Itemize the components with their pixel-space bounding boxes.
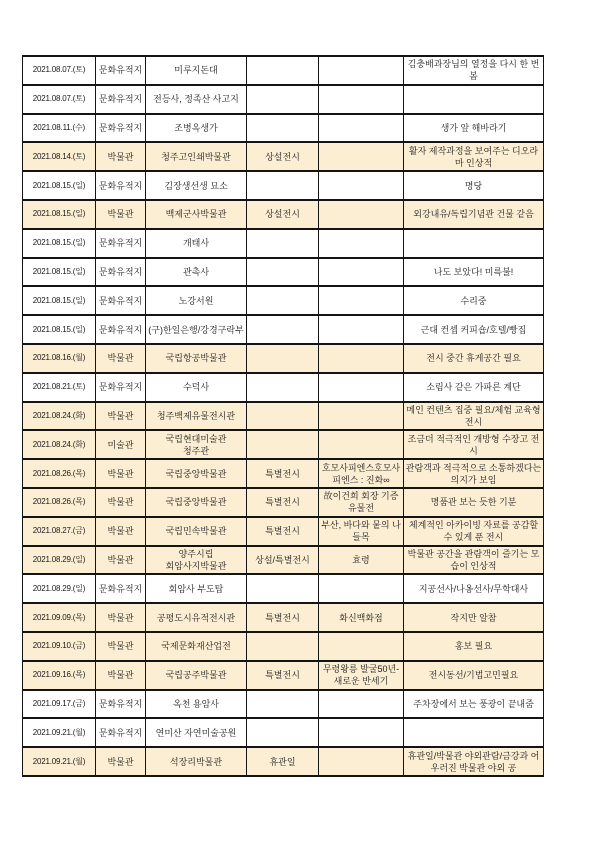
cell-exhibition-title: [319, 344, 404, 373]
cell-exhibition-title: [319, 142, 404, 171]
cell-exhibition-title: [319, 200, 404, 229]
cell-exhibition-type: [247, 344, 319, 373]
cell-place-name: 노강서원: [146, 286, 247, 315]
cell-exhibition-title: 故이건희 회장 기증유물전: [319, 488, 404, 517]
cell-exhibition-title: [319, 229, 404, 258]
cell-category: 문화유적지: [96, 373, 146, 402]
table-row: 2021.08.24.(화) 미술관 국립현대미술관 청주관 조금더 적극적인 …: [23, 430, 544, 459]
cell-note: [404, 85, 544, 114]
cell-exhibition-type: 특별전시: [247, 517, 319, 546]
cell-place-name: 옥천 용암사: [146, 690, 247, 719]
cell-exhibition-title: [319, 286, 404, 315]
cell-category: 문화유적지: [96, 229, 146, 258]
cell-exhibition-type: [247, 690, 319, 719]
cell-note: 주차장에서 보는 풍광이 끝내줌: [404, 690, 544, 719]
cell-category: 문화유적지: [96, 56, 146, 85]
table-row: 2021.09.09.(목) 박물관 공평도시유적전시관 특별전시 화신백화점 …: [23, 603, 544, 632]
table-row: 2021.08.29.(일) 박물관 양주시립 회암사지박물관 상설/특별전시 …: [23, 546, 544, 575]
cell-category: 박물관: [96, 142, 146, 171]
cell-date: 2021.08.07.(토): [23, 56, 96, 85]
cell-exhibition-title: [319, 632, 404, 661]
table-row: 2021.08.07.(토) 문화유적지 전등사, 정족산 사고지: [23, 85, 544, 114]
cell-place-name: 회암사 부도탑: [146, 574, 247, 603]
cell-place-name: 국립중앙박물관: [146, 488, 247, 517]
cell-date: 2021.08.24.(화): [23, 402, 96, 431]
cell-exhibition-type: [247, 402, 319, 431]
cell-note: 체계적인 아카이빙 자료를 공감할 수 있게 푼 전시: [404, 517, 544, 546]
cell-exhibition-title: [319, 85, 404, 114]
cell-exhibition-title: [319, 258, 404, 287]
cell-exhibition-title: [319, 114, 404, 143]
table-row: 2021.08.29.(일) 문화유적지 회암사 부도탑 지공선사/나옹선사/무…: [23, 574, 544, 603]
cell-exhibition-type: [247, 574, 319, 603]
cell-category: 문화유적지: [96, 718, 146, 747]
cell-note: 나도 보았다! 미륵불!: [404, 258, 544, 287]
cell-exhibition-type: [247, 85, 319, 114]
document-page: 2021.08.07.(토) 문화유적지 미루지돈대 김충배과장님의 열정을 다…: [0, 0, 595, 842]
cell-place-name: 석장리박물관: [146, 747, 247, 776]
cell-date: 2021.08.26.(목): [23, 488, 96, 517]
cell-date: 2021.08.15.(일): [23, 315, 96, 344]
cell-exhibition-type: [247, 315, 319, 344]
cell-place-name: 연미산 자연미술공원: [146, 718, 247, 747]
table-row: 2021.08.21.(토) 문화유적지 수덕사 소림사 같은 가파른 계단: [23, 373, 544, 402]
cell-date: 2021.08.15.(일): [23, 171, 96, 200]
table-row: 2021.08.24.(화) 박물관 청주백제유물전시관 메인 컨텐츠 집중 필…: [23, 402, 544, 431]
cell-exhibition-type: [247, 718, 319, 747]
cell-exhibition-title: [319, 315, 404, 344]
cell-date: 2021.08.14.(토): [23, 142, 96, 171]
cell-exhibition-title: 부산, 바다와 뭍의 나들목: [319, 517, 404, 546]
cell-date: 2021.09.21.(월): [23, 747, 96, 776]
cell-category: 미술관: [96, 430, 146, 459]
cell-note: 관람객과 적극적으로 소통하겠다는 의지가 보임: [404, 459, 544, 488]
cell-exhibition-type: 상설전시: [247, 200, 319, 229]
cell-exhibition-title: [319, 373, 404, 402]
cell-exhibition-type: 상설전시: [247, 142, 319, 171]
cell-place-name: 백제군사박물관: [146, 200, 247, 229]
cell-note: 생가 앞 해바라기: [404, 114, 544, 143]
cell-category: 문화유적지: [96, 114, 146, 143]
cell-date: 2021.08.15.(일): [23, 258, 96, 287]
cell-category: 박물관: [96, 661, 146, 690]
cell-place-name: 국립중앙박물관: [146, 459, 247, 488]
cell-exhibition-title: [319, 56, 404, 85]
cell-exhibition-title: [319, 574, 404, 603]
table-row: 2021.08.11.(수) 문화유적지 조병옥생가 생가 앞 해바라기: [23, 114, 544, 143]
cell-place-name: (구)한일은행/강경구락부: [146, 315, 247, 344]
cell-category: 박물관: [96, 517, 146, 546]
cell-exhibition-title: [319, 430, 404, 459]
cell-date: 2021.08.29.(일): [23, 574, 96, 603]
cell-date: 2021.08.15.(일): [23, 200, 96, 229]
cell-exhibition-type: 특별전시: [247, 488, 319, 517]
cell-exhibition-type: [247, 258, 319, 287]
visit-log-table: 2021.08.07.(토) 문화유적지 미루지돈대 김충배과장님의 열정을 다…: [22, 55, 544, 777]
table-row: 2021.09.21.(월) 문화유적지 연미산 자연미술공원: [23, 718, 544, 747]
cell-place-name: 국립민속박물관: [146, 517, 247, 546]
cell-exhibition-title: [319, 718, 404, 747]
cell-exhibition-type: 특별전시: [247, 661, 319, 690]
table-row: 2021.09.10.(금) 박물관 국제문화재산업전 홍보 필요: [23, 632, 544, 661]
table-row: 2021.09.21.(월) 박물관 석장리박물관 휴관일 휴관일/박물관 야외…: [23, 747, 544, 776]
cell-exhibition-type: 휴관일: [247, 747, 319, 776]
cell-category: 문화유적지: [96, 286, 146, 315]
cell-place-name: 국립현대미술관 청주관: [146, 430, 247, 459]
cell-note: 지공선사/나옹선사/무학대사: [404, 574, 544, 603]
cell-date: 2021.09.10.(금): [23, 632, 96, 661]
cell-exhibition-title: 무령왕릉 발굴50년-새로운 반세기: [319, 661, 404, 690]
cell-note: 전시 중간 휴게공간 필요: [404, 344, 544, 373]
table-row: 2021.08.15.(일) 문화유적지 (구)한일은행/강경구락부 근대 컨셉…: [23, 315, 544, 344]
cell-note: 명당: [404, 171, 544, 200]
cell-category: 박물관: [96, 632, 146, 661]
cell-date: 2021.08.29.(일): [23, 546, 96, 575]
cell-place-name: 관촉사: [146, 258, 247, 287]
cell-date: 2021.09.16.(목): [23, 661, 96, 690]
cell-place-name: 미루지돈대: [146, 56, 247, 85]
cell-category: 박물관: [96, 546, 146, 575]
cell-exhibition-title: [319, 747, 404, 776]
table-row: 2021.08.15.(일) 문화유적지 개태사: [23, 229, 544, 258]
cell-category: 문화유적지: [96, 258, 146, 287]
cell-note: 소림사 같은 가파른 계단: [404, 373, 544, 402]
cell-date: 2021.08.27.(금): [23, 517, 96, 546]
cell-exhibition-title: 호모사피엔스호모사피엔스 : 진화∞: [319, 459, 404, 488]
table-row: 2021.08.15.(일) 문화유적지 관촉사 나도 보았다! 미륵불!: [23, 258, 544, 287]
cell-place-name: 국제문화재산업전: [146, 632, 247, 661]
table-row: 2021.08.26.(목) 박물관 국립중앙박물관 특별전시 故이건희 회장 …: [23, 488, 544, 517]
cell-category: 박물관: [96, 402, 146, 431]
table-body: 2021.08.07.(토) 문화유적지 미루지돈대 김충배과장님의 열정을 다…: [23, 56, 544, 776]
cell-note: 조금더 적극적인 개방형 수장고 전시: [404, 430, 544, 459]
cell-date: 2021.08.15.(일): [23, 286, 96, 315]
cell-exhibition-type: [247, 373, 319, 402]
cell-date: 2021.08.15.(일): [23, 229, 96, 258]
cell-exhibition-title: [319, 690, 404, 719]
cell-note: 홍보 필요: [404, 632, 544, 661]
table-row: 2021.09.17.(금) 문화유적지 옥천 용암사 주차장에서 보는 풍광이…: [23, 690, 544, 719]
cell-exhibition-title: 화신백화점: [319, 603, 404, 632]
cell-date: 2021.08.21.(토): [23, 373, 96, 402]
cell-exhibition-title: [319, 402, 404, 431]
cell-date: 2021.08.26.(목): [23, 459, 96, 488]
cell-exhibition-type: [247, 114, 319, 143]
cell-place-name: 국립항공박물관: [146, 344, 247, 373]
cell-note: 김충배과장님의 열정을 다시 한 번 봄: [404, 56, 544, 85]
cell-note: 작지만 알참: [404, 603, 544, 632]
cell-category: 박물관: [96, 344, 146, 373]
table-row: 2021.08.14.(토) 박물관 청주고인쇄박물관 상설전시 활자 제작과정…: [23, 142, 544, 171]
cell-place-name: 수덕사: [146, 373, 247, 402]
cell-place-name: 조병옥생가: [146, 114, 247, 143]
cell-place-name: 김장생선생 묘소: [146, 171, 247, 200]
cell-place-name: 전등사, 정족산 사고지: [146, 85, 247, 114]
cell-date: 2021.08.16.(월): [23, 344, 96, 373]
cell-note: 근대 컨셉 커피숍/호텔/빵집: [404, 315, 544, 344]
cell-note: 휴관일/박물관 야외관람/금강과 어우러진 박물관 야외 공: [404, 747, 544, 776]
cell-exhibition-type: [247, 56, 319, 85]
cell-exhibition-title: [319, 171, 404, 200]
table-row: 2021.08.15.(일) 문화유적지 노강서원 수리중: [23, 286, 544, 315]
cell-category: 박물관: [96, 603, 146, 632]
cell-exhibition-type: [247, 430, 319, 459]
cell-category: 박물관: [96, 488, 146, 517]
cell-category: 문화유적지: [96, 85, 146, 114]
cell-place-name: 양주시립 회암사지박물관: [146, 546, 247, 575]
cell-note: 외강내유/독립기념관 건물 같음: [404, 200, 544, 229]
cell-exhibition-type: [247, 632, 319, 661]
cell-category: 박물관: [96, 747, 146, 776]
table-row: 2021.08.26.(목) 박물관 국립중앙박물관 특별전시 호모사피엔스호모…: [23, 459, 544, 488]
cell-note: [404, 229, 544, 258]
cell-place-name: 공평도시유적전시관: [146, 603, 247, 632]
table-row: 2021.09.16.(목) 박물관 국립공주박물관 특별전시 무령왕릉 발굴5…: [23, 661, 544, 690]
cell-exhibition-type: [247, 286, 319, 315]
cell-date: 2021.09.17.(금): [23, 690, 96, 719]
cell-date: 2021.09.21.(월): [23, 718, 96, 747]
cell-category: 박물관: [96, 200, 146, 229]
cell-category: 박물관: [96, 459, 146, 488]
cell-category: 문화유적지: [96, 171, 146, 200]
cell-note: 메인 컨텐츠 집중 필요/체험 교육형 전시: [404, 402, 544, 431]
cell-note: [404, 718, 544, 747]
cell-category: 문화유적지: [96, 315, 146, 344]
cell-place-name: 개태사: [146, 229, 247, 258]
table-row: 2021.08.15.(일) 문화유적지 김장생선생 묘소 명당: [23, 171, 544, 200]
cell-category: 문화유적지: [96, 690, 146, 719]
cell-note: 박물관 공간을 관람객이 즐기는 모습이 인상적: [404, 546, 544, 575]
cell-note: 명품관 보는 듯한 기분: [404, 488, 544, 517]
cell-note: 활자 제작과정을 보여주는 디오라마 인상적: [404, 142, 544, 171]
cell-note: 전시동선/기법고민필요: [404, 661, 544, 690]
cell-exhibition-type: [247, 171, 319, 200]
cell-note: 수리중: [404, 286, 544, 315]
cell-exhibition-type: 특별전시: [247, 603, 319, 632]
cell-exhibition-title: 효령: [319, 546, 404, 575]
cell-date: 2021.08.11.(수): [23, 114, 96, 143]
cell-place-name: 국립공주박물관: [146, 661, 247, 690]
cell-exhibition-type: 특별전시: [247, 459, 319, 488]
table-row: 2021.08.07.(토) 문화유적지 미루지돈대 김충배과장님의 열정을 다…: [23, 56, 544, 85]
cell-exhibition-type: [247, 229, 319, 258]
table-row: 2021.08.27.(금) 박물관 국립민속박물관 특별전시 부산, 바다와 …: [23, 517, 544, 546]
cell-date: 2021.08.24.(화): [23, 430, 96, 459]
cell-exhibition-type: 상설/특별전시: [247, 546, 319, 575]
cell-place-name: 청주고인쇄박물관: [146, 142, 247, 171]
cell-category: 문화유적지: [96, 574, 146, 603]
cell-place-name: 청주백제유물전시관: [146, 402, 247, 431]
cell-date: 2021.08.07.(토): [23, 85, 96, 114]
table-row: 2021.08.15.(일) 박물관 백제군사박물관 상설전시 외강내유/독립기…: [23, 200, 544, 229]
cell-date: 2021.09.09.(목): [23, 603, 96, 632]
table-row: 2021.08.16.(월) 박물관 국립항공박물관 전시 중간 휴게공간 필요: [23, 344, 544, 373]
